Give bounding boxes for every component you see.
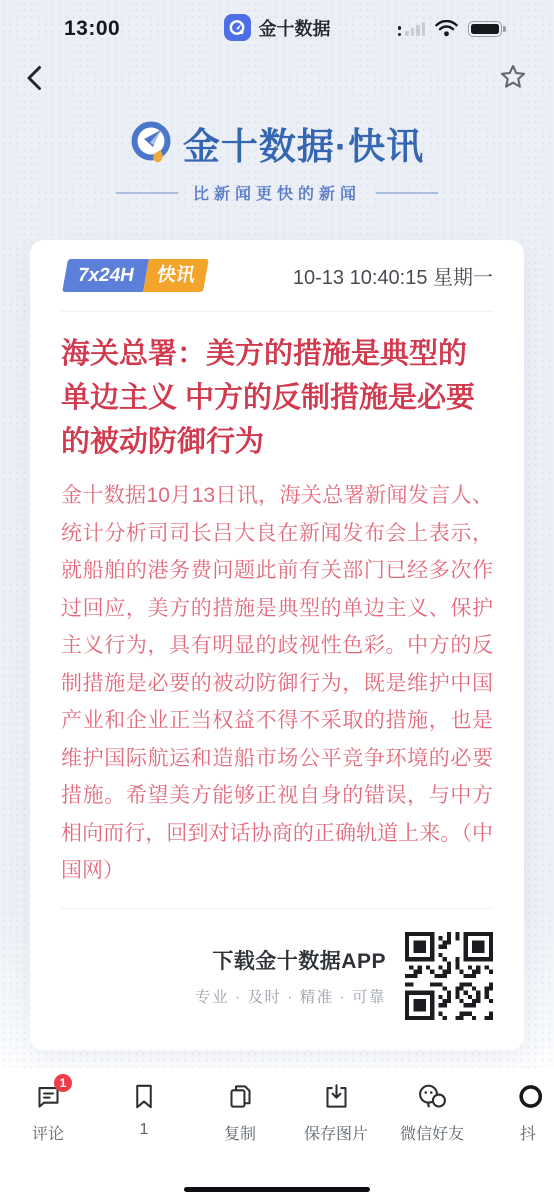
- qr-code: [405, 932, 493, 1020]
- jin10-compass-logo-icon: [130, 120, 174, 166]
- badge-kuaixun: 快讯: [143, 259, 209, 292]
- card-divider-bottom: [61, 908, 493, 909]
- news-body: 金十数据10月13日讯，海关总署新闻发言人、统计分析司司长吕大良在新闻发布会上表…: [61, 477, 493, 890]
- home-indicator[interactable]: [184, 1187, 370, 1192]
- bookmark-icon: [132, 1083, 156, 1110]
- comment-count-badge: 1: [54, 1074, 72, 1092]
- battery-icon: [468, 21, 502, 37]
- jin10-app-icon: [224, 14, 251, 41]
- copy-button[interactable]: 复制: [192, 1081, 288, 1144]
- status-bar: 13:00 金十数据: [0, 0, 554, 54]
- brand-tagline: 比新闻更快的新闻: [193, 181, 361, 204]
- brand-header: 金十数据·快讯 比新闻更快的新闻: [0, 116, 554, 204]
- navigation-bar: [0, 54, 554, 102]
- douyin-icon: [515, 1083, 542, 1110]
- wifi-icon: [435, 20, 458, 37]
- douyin-share-button[interactable]: 抖: [480, 1081, 554, 1144]
- tagline-rule-right: [376, 192, 438, 194]
- wechat-icon: [417, 1083, 447, 1110]
- save-image-icon: [323, 1083, 350, 1110]
- card-header: 7x24H 快讯 10-13 10:40:15 星期一: [61, 257, 493, 293]
- download-app-title: 下载金十数据APP: [195, 945, 386, 975]
- brand-title: 金十数据·快讯: [183, 116, 424, 170]
- cellular-signal-icon: [398, 21, 426, 36]
- favorite-star-button[interactable]: [496, 60, 530, 94]
- copy-icon: [227, 1083, 254, 1110]
- share-toolbar: 1 评论 1 复制: [0, 1068, 554, 1200]
- bookmark-button[interactable]: 1: [96, 1081, 192, 1144]
- news-timestamp: 10-13 10:40:15 星期一: [293, 261, 493, 290]
- wechat-share-button[interactable]: 微信好友: [384, 1081, 480, 1144]
- news-title: 海关总署：美方的措施是典型的单边主义 中方的反制措施是必要的被动防御行为: [61, 332, 493, 464]
- status-app-name: 金十数据: [259, 15, 331, 41]
- card-divider-top: [61, 311, 493, 312]
- news-flash-card: 7x24H 快讯 10-13 10:40:15 星期一 海关总署：美方的措施是典…: [30, 240, 524, 1050]
- app-slogan: 专业 · 及时 · 精准 · 可靠: [195, 985, 386, 1007]
- comment-button[interactable]: 1 评论: [0, 1081, 96, 1144]
- 7x24-flash-badge: 7x24H 快讯: [62, 259, 209, 292]
- tagline-rule-left: [116, 192, 178, 194]
- card-footer: 下载金十数据APP 专业 · 及时 · 精准 · 可靠: [61, 932, 493, 1020]
- status-indicators: [398, 20, 503, 37]
- save-image-button[interactable]: 保存图片: [288, 1081, 384, 1144]
- back-button[interactable]: [18, 62, 50, 94]
- badge-7x24h: 7x24H: [62, 259, 149, 292]
